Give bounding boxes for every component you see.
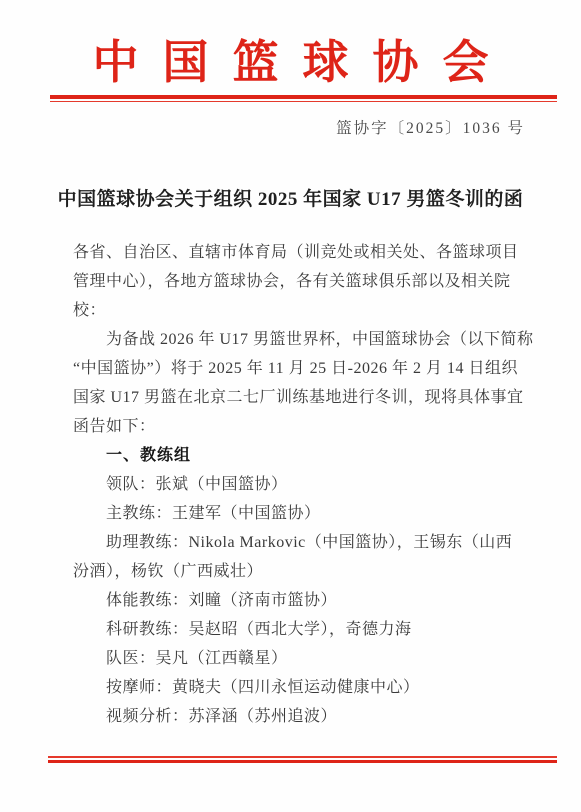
document-body: 各省、自治区、直辖市体育局（训竞处或相关处、各篮球项目 管理中心），各地方篮球协… (73, 238, 513, 731)
body-line: 队医：吴凡（江西赣星） (73, 644, 513, 673)
footer-rule (48, 756, 557, 763)
header-rule (50, 95, 557, 102)
body-line: 函告如下： (73, 412, 513, 441)
section-heading: 一、教练组 (73, 441, 513, 470)
body-line: 体能教练：刘瞳（济南市篮协） (73, 586, 513, 615)
body-line: 各省、自治区、直辖市体育局（训竞处或相关处、各篮球项目 (73, 238, 513, 267)
document-title: 中国篮球协会关于组织 2025 年国家 U17 男篮冬训的函 (0, 184, 581, 211)
body-line: 助理教练：Nikola Markovic（中国篮协），王锡东（山西 (73, 528, 513, 557)
document-number: 篮协字〔2025〕1036 号 (336, 116, 525, 138)
body-line: 领队：张斌（中国篮协） (73, 470, 513, 499)
footer-rule-thick (48, 760, 557, 764)
org-name: 中国篮球协会 (0, 26, 581, 92)
body-line: “中国篮协”）将于 2025 年 11 月 25 日-2026 年 2 月 14… (73, 354, 513, 383)
header-rule-thin (50, 101, 557, 103)
document-page: 中国篮球协会 篮协字〔2025〕1036 号 中国篮球协会关于组织 2025 年… (0, 0, 581, 812)
body-line: 科研教练：吴赵昭（西北大学），奇德力海 (73, 615, 513, 644)
body-line: 校： (73, 296, 513, 325)
body-line: 管理中心），各地方篮球协会，各有关篮球俱乐部以及相关院 (73, 267, 513, 296)
body-line: 按摩师：黄晓夫（四川永恒运动健康中心） (73, 673, 513, 702)
body-line: 为备战 2026 年 U17 男篮世界杯，中国篮球协会（以下简称 (73, 325, 513, 354)
body-line: 国家 U17 男篮在北京二七厂训练基地进行冬训，现将具体事宜 (73, 383, 513, 412)
body-line: 汾酒），杨钦（广西威壮） (73, 557, 513, 586)
body-line: 视频分析：苏泽涵（苏州追波） (73, 702, 513, 731)
body-line: 主教练：王建军（中国篮协） (73, 499, 513, 528)
